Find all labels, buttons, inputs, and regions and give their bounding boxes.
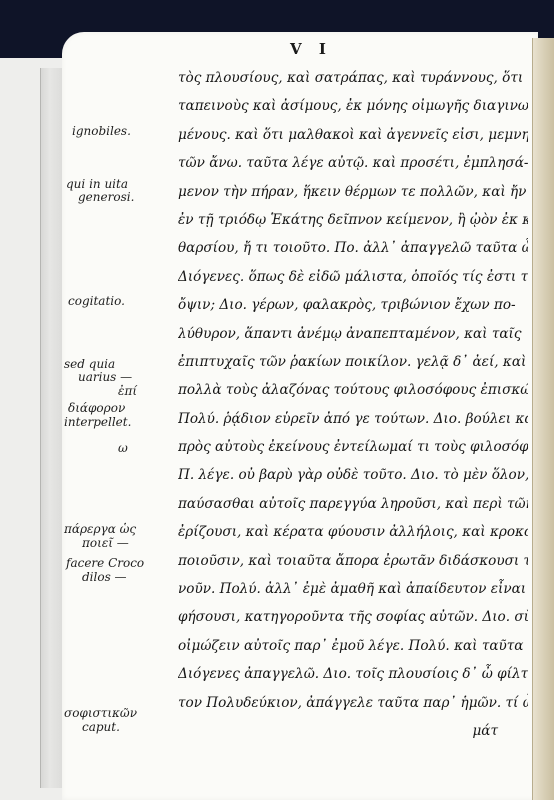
text-line: ποιοῦσιν, καὶ τοιαῦτα ἄπορα ἐρωτᾶν διδάσ… <box>178 547 528 575</box>
text-line: ταπεινοὺς καὶ ἀσίμους, ἐκ μόνης οἰμωγῆς … <box>178 92 528 120</box>
greek-text-block: τὸς πλουσίους, καὶ σατράπας, καὶ τυράννο… <box>178 64 528 745</box>
page-signature: V I <box>290 40 332 58</box>
text-line: λύθυρον, ἅπαντι ἀνέμῳ ἀναπεπταμένον, καὶ… <box>178 320 528 348</box>
text-line: φήσουσι, κατηγοροῦντα τῆς σοφίας αὐτῶν. … <box>178 603 528 631</box>
margin-note: cogitatio. <box>68 295 125 308</box>
margin-note: dilos — <box>82 571 127 584</box>
text-line: ἐρίζουσι, καὶ κέρατα φύουσιν ἀλλήλοις, κ… <box>178 518 528 546</box>
page-fore-edge <box>532 38 554 800</box>
text-line: Π. λέγε. οὐ βαρὺ γὰρ οὐδὲ τοῦτο. Διο. τὸ… <box>178 461 528 489</box>
text-line: Διόγενες. ὅπως δὲ εἰδῶ μάλιστα, ὁποῖός τ… <box>178 263 528 291</box>
text-line: νοῦν. Πολύ. ἀλλ᾽ ἐμὲ ἀμαθῆ καὶ ἀπαίδευτο… <box>178 575 528 603</box>
margin-note: ignobiles. <box>72 125 131 138</box>
text-line: οἰμώζειν αὐτοῖς παρ᾽ ἐμοῦ λέγε. Πολύ. κα… <box>178 632 528 660</box>
text-line: πολλὰ τοὺς ἀλαζόνας τούτους φιλοσόφους ἐ… <box>178 376 528 404</box>
margin-note: πάρεργα ὡς <box>64 523 136 536</box>
margin-note: facere Croco <box>66 557 144 570</box>
text-line: μένους. καὶ ὅτι μαλθακοὶ καὶ ἀγεννεῖς εἰ… <box>178 121 528 149</box>
text-line: τον Πολυδεύκιον, ἀπάγγελε ταῦτα παρ᾽ ἡμῶ… <box>178 689 528 717</box>
margin-note: uarius — <box>78 371 132 384</box>
text-line: Διόγενες ἀπαγγελῶ. Διο. τοῖς πλουσίοις δ… <box>178 660 528 688</box>
text-line: πρὸς αὐτοὺς ἐκείνους ἐντείλωμαί τι τοὺς … <box>178 433 528 461</box>
text-line: μενον τὴν πήραν, ἥκειν θέρμων τε πολλῶν,… <box>178 178 528 206</box>
text-line: τὸς πλουσίους, καὶ σατράπας, καὶ τυράννο… <box>178 64 528 92</box>
margin-note: ποιεῖ — <box>82 537 129 550</box>
margin-note: ἐπί <box>118 385 137 398</box>
margin-note: interpellet. <box>64 416 131 429</box>
margin-note: διάφορον <box>68 402 125 415</box>
text-line: παύσασθαι αὐτοῖς παρεγγύα ληροῦσι, καὶ π… <box>178 490 528 518</box>
margin-note: caput. <box>82 721 120 734</box>
text-line: ἐπιπτυχαῖς τῶν ῥακίων ποικίλον. γελᾷ δ᾽ … <box>178 348 528 376</box>
margin-note: σοφιστικῶν <box>64 707 137 720</box>
text-line: ὄψιν; Διο. γέρων, φαλακρὸς, τριβώνιον ἔχ… <box>178 291 528 319</box>
margin-note: generosi. <box>78 191 134 204</box>
text-line: θαρσίου, ἤ τι τοιοῦτο. Πο. ἀλλ᾽ ἀπαγγελῶ… <box>178 234 528 262</box>
text-line: Πολύ. ῥᾴδιον εὑρεῖν ἀπό γε τούτων. Διο. … <box>178 405 528 433</box>
binding-gutter <box>40 68 64 788</box>
text-line: ἐν τῇ τριόδῳ Ἑκάτης δεῖπνον κείμενον, ἢ … <box>178 206 528 234</box>
catchword: μάτ <box>178 717 528 745</box>
text-line: τῶν ἄνω. ταῦτα λέγε αὐτῷ. καὶ προσέτι, ἐ… <box>178 149 528 177</box>
margin-note: ω <box>118 442 128 455</box>
